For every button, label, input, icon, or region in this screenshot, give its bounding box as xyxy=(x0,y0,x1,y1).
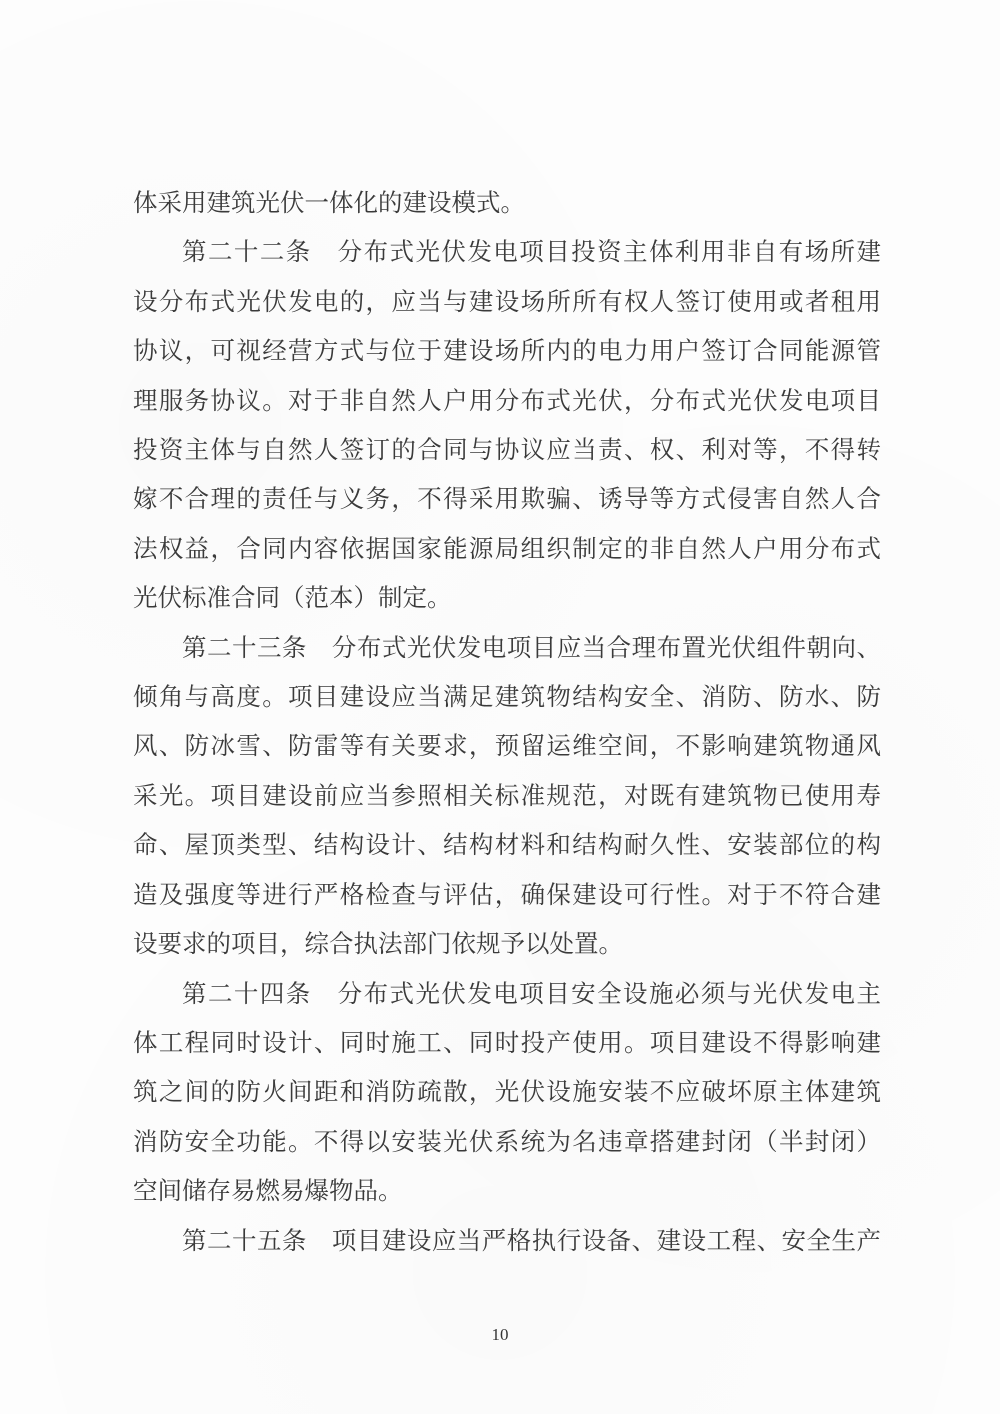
document-line: 命、屋顶类型、结构设计、结构材料和结构耐久性、安装部位的构 xyxy=(133,821,881,870)
page-footer: 10 xyxy=(0,1325,1000,1345)
document-line: 设要求的项目，综合执法部门依规予以处置。 xyxy=(133,920,881,969)
document-line: 体采用建筑光伏一体化的建设模式。 xyxy=(133,179,881,228)
document-line: 协议，可视经营方式与位于建设场所内的电力用户签订合同能源管 xyxy=(133,327,881,376)
page-number: 10 xyxy=(492,1325,509,1344)
document-line: 空间储存易燃易爆物品。 xyxy=(133,1167,881,1216)
document-body: 体采用建筑光伏一体化的建设模式。第二十二条 分布式光伏发电项目投资主体利用非自有… xyxy=(133,179,881,1266)
document-line: 体工程同时设计、同时施工、同时投产使用。项目建设不得影响建 xyxy=(133,1019,881,1068)
document-line: 消防安全功能。不得以安装光伏系统为名违章搭建封闭（半封闭） xyxy=(133,1118,881,1167)
document-line: 第二十二条 分布式光伏发电项目投资主体利用非自有场所建 xyxy=(133,228,881,277)
document-line: 光伏标准合同（范本）制定。 xyxy=(133,574,881,623)
document-page: 体采用建筑光伏一体化的建设模式。第二十二条 分布式光伏发电项目投资主体利用非自有… xyxy=(0,0,1000,1414)
document-line: 投资主体与自然人签订的合同与协议应当责、权、利对等，不得转 xyxy=(133,426,881,475)
document-viewport: { "document": { "kind": "scanned-policy-… xyxy=(0,0,1000,1414)
document-line: 采光。项目建设前应当参照相关标准规范，对既有建筑物已使用寿 xyxy=(133,772,881,821)
document-line: 第二十三条 分布式光伏发电项目应当合理布置光伏组件朝向、 xyxy=(133,624,881,673)
document-line: 第二十四条 分布式光伏发电项目安全设施必须与光伏发电主 xyxy=(133,970,881,1019)
document-line: 倾角与高度。项目建设应当满足建筑物结构安全、消防、防水、防 xyxy=(133,673,881,722)
document-line: 理服务协议。对于非自然人户用分布式光伏，分布式光伏发电项目 xyxy=(133,377,881,426)
document-line: 设分布式光伏发电的，应当与建设场所所有权人签订使用或者租用 xyxy=(133,278,881,327)
document-line: 第二十五条 项目建设应当严格执行设备、建设工程、安全生产 xyxy=(133,1217,881,1266)
document-line: 法权益，合同内容依据国家能源局组织制定的非自然人户用分布式 xyxy=(133,525,881,574)
document-line: 筑之间的防火间距和消防疏散，光伏设施安装不应破坏原主体建筑 xyxy=(133,1068,881,1117)
document-line: 嫁不合理的责任与义务，不得采用欺骗、诱导等方式侵害自然人合 xyxy=(133,475,881,524)
document-line: 造及强度等进行严格检查与评估，确保建设可行性。对于不符合建 xyxy=(133,871,881,920)
document-line: 风、防冰雪、防雷等有关要求，预留运维空间，不影响建筑物通风 xyxy=(133,722,881,771)
